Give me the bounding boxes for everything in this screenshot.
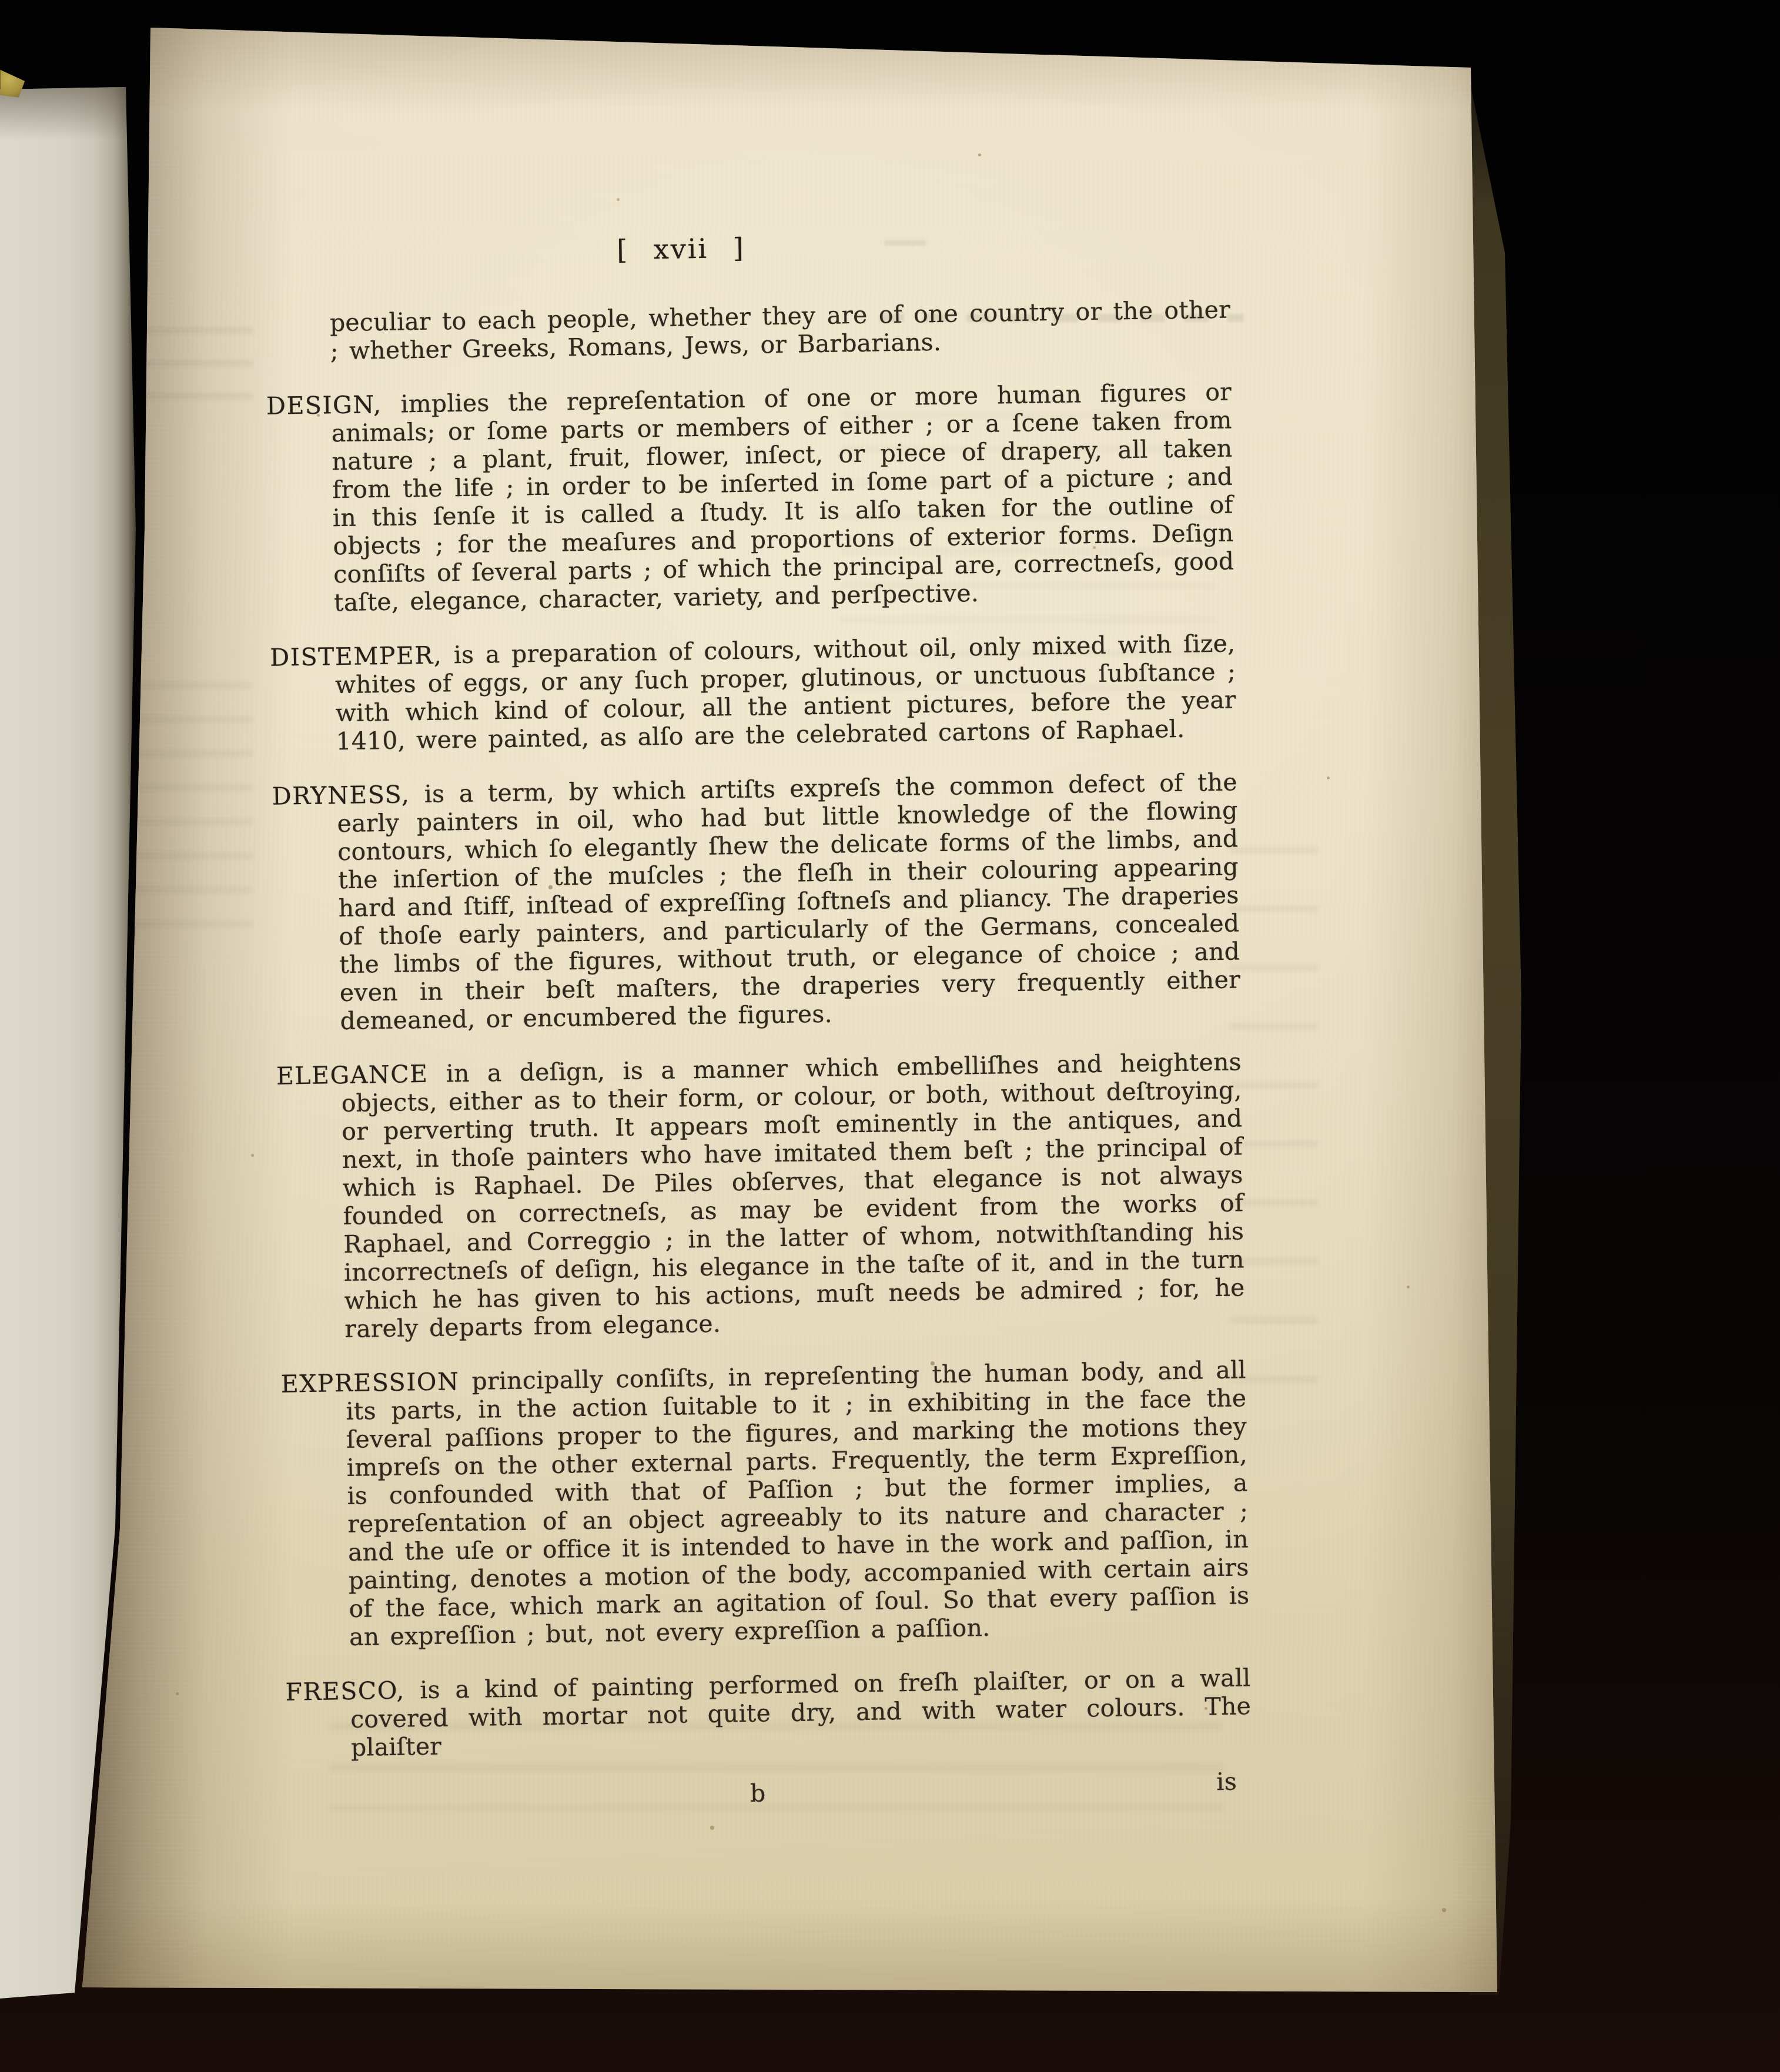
entry-headword: DESIGN, <box>266 390 382 420</box>
entry-body: is a preparation of colours, without oil… <box>335 629 1236 755</box>
entry-expression: EXPRESSION principally conſiſts, in repr… <box>345 1355 1250 1651</box>
page-text: [ xvii ] peculiar to each people, whethe… <box>264 224 1253 1824</box>
paper-flecks <box>0 0 2 2</box>
catchword: is <box>1216 1768 1237 1796</box>
entry-body: implies the repreſentation of one or mor… <box>331 378 1234 617</box>
entry-body: is a kind of painting performed on freſh… <box>350 1663 1252 1762</box>
entry-body: principally conſiſts, in repreſenting th… <box>346 1355 1250 1651</box>
signature-mark: b <box>750 1779 766 1807</box>
entry-headword: FRESCO, <box>285 1676 405 1706</box>
entry-elegance: ELEGANCE in a deſign, is a manner which … <box>341 1047 1246 1343</box>
entry-headword: ELEGANCE <box>276 1060 429 1090</box>
entry-body: in a deſign, is a manner which embelliſh… <box>341 1047 1245 1343</box>
entry-distemper: DISTEMPER, is a preparation of colours, … <box>334 629 1237 755</box>
entry-body: is a term, by which artiſts expreſs the … <box>337 768 1240 1035</box>
entry-body: peculiar to each people, whether they ar… <box>330 296 1231 366</box>
entry-design: DESIGN, implies the repreſentation of on… <box>331 378 1235 617</box>
entry-headword: DRYNESS, <box>272 780 410 810</box>
photo-canvas: [ xvii ] peculiar to each people, whethe… <box>0 0 1780 2072</box>
entry-fresco: FRESCO, is a kind of painting performed … <box>350 1663 1252 1762</box>
entry-headword: DISTEMPER, <box>270 641 443 671</box>
entry-headword: EXPRESSION <box>280 1367 459 1398</box>
entry-dryness: DRYNESS, is a term, by which artiſts exp… <box>337 768 1241 1035</box>
paragraph-continuation: peculiar to each people, whether they ar… <box>330 296 1231 366</box>
